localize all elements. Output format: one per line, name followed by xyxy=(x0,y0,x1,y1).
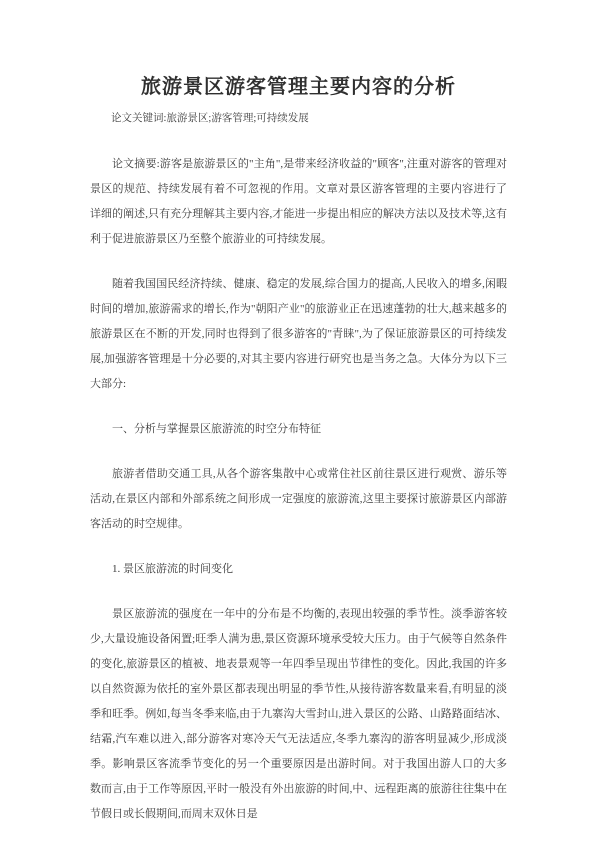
keywords-line: 论文关键词:旅游景区;游客管理;可持续发展 xyxy=(90,111,507,126)
document-content: 旅游景区游客管理主要内容的分析 论文关键词:旅游景区;游客管理;可持续发展 论文… xyxy=(0,0,595,827)
section-1-heading: 一、分析与掌握景区旅游流的时空分布特征 xyxy=(90,417,507,442)
section-1-paragraph: 旅游者借助交通工具,从各个游客集散中心或常住社区前往景区进行观赏、游乐等活动,在… xyxy=(90,462,507,537)
document-title: 旅游景区游客管理主要内容的分析 xyxy=(90,74,507,100)
subsection-1-paragraph: 景区旅游流的强度在一年中的分布是不均衡的,表现出较强的季节性。淡季游客较少,大量… xyxy=(90,602,507,827)
abstract-paragraph: 论文摘要:游客是旅游景区的"主角",是带来经济收益的"顾客",注重对游客的管理对… xyxy=(90,152,507,252)
document-page: 旅游景区游客管理主要内容的分析 论文关键词:旅游景区;游客管理;可持续发展 论文… xyxy=(0,0,595,842)
subsection-1-heading: 1. 景区旅游流的时间变化 xyxy=(90,557,507,582)
intro-paragraph: 随着我国国民经济持续、健康、稳定的发展,综合国力的提高,人民收入的增多,闲暇时间… xyxy=(90,272,507,397)
